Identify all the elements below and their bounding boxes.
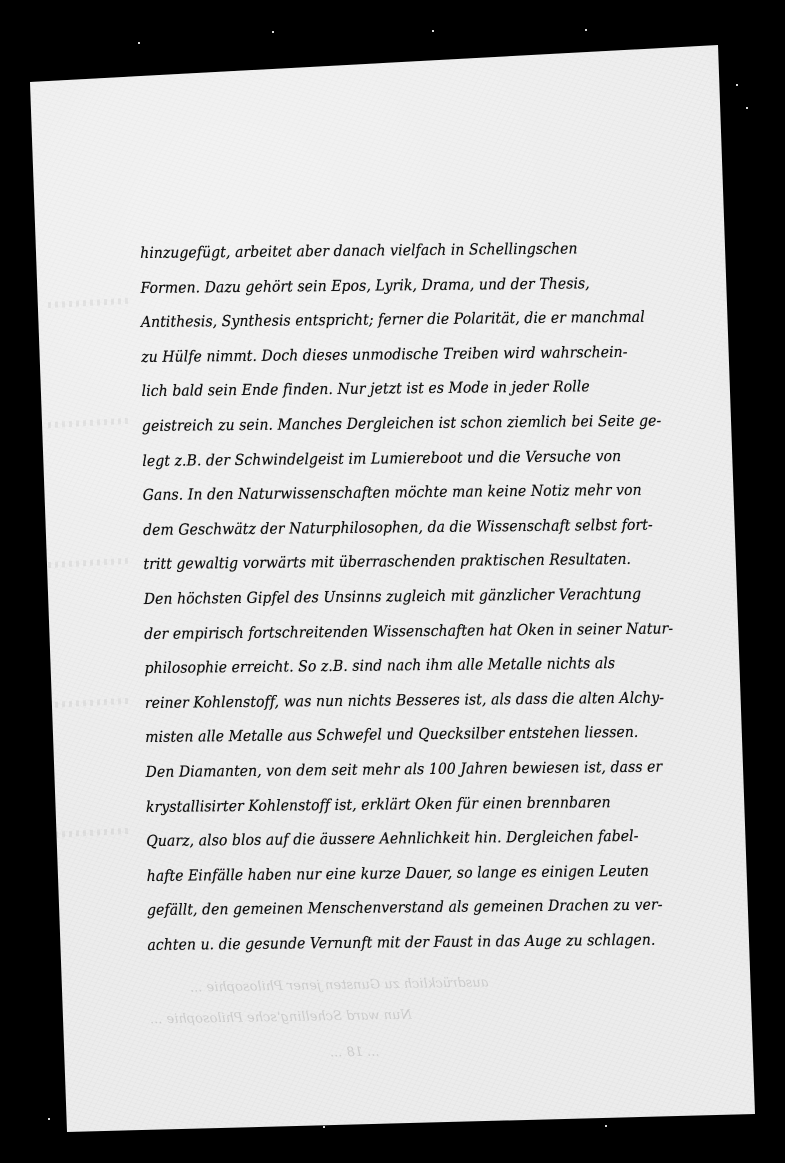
manuscript-line: Den Diamanten, von dem seit mehr als 100… — [145, 749, 688, 789]
bleed-through-text: ausdrücklich zu Gunsten jener Philosophi… — [190, 975, 489, 995]
dust-speck — [323, 1126, 325, 1128]
manuscript-line: Formen. Dazu gehört sein Epos, Lyrik, Dr… — [140, 265, 683, 305]
bleed-through-text: Nun ward Schelling'sche Philosophie ... — [150, 1008, 412, 1028]
manuscript-line: legt z.B. der Schwindelgeist im Lumiereb… — [142, 438, 685, 478]
dust-speck — [605, 1125, 607, 1127]
manuscript-line: der empirisch fortschreitenden Wissensch… — [144, 611, 687, 651]
dust-speck — [432, 30, 434, 32]
manuscript-line: tritt gewaltig vorwärts mit überraschend… — [143, 542, 686, 582]
bleed-through-text: ... 18 ... — [330, 1045, 380, 1061]
bleed-through-mark — [48, 828, 128, 838]
bleed-through-mark — [48, 418, 128, 428]
manuscript-line: Quarz, also blos auf die äussere Aehnlic… — [146, 818, 689, 858]
manuscript-line: hinzugefügt, arbeitet aber danach vielfa… — [140, 230, 683, 270]
manuscript-line: krystallisirter Kohlenstoff ist, erklärt… — [146, 784, 689, 824]
dust-speck — [585, 29, 587, 31]
manuscript-line: zu Hülfe nimmt. Doch dieses unmodische T… — [141, 334, 684, 374]
manuscript-line: reiner Kohlenstoff, was nun nichts Besse… — [145, 680, 688, 720]
bleed-through-mark — [48, 558, 128, 568]
manuscript-line: gefällt, den gemeinen Menschenverstand a… — [147, 888, 690, 928]
handwritten-text-block: hinzugefügt, arbeitet aber danach vielfa… — [140, 230, 738, 963]
manuscript-page: ausdrücklich zu Gunsten jener Philosophi… — [0, 0, 785, 1163]
manuscript-line: hafte Einfälle haben nur eine kurze Daue… — [147, 853, 690, 893]
dust-speck — [272, 31, 274, 33]
dust-speck — [746, 107, 748, 109]
dust-speck — [48, 1118, 50, 1120]
manuscript-line: dem Geschwätz der Naturphilosophen, da d… — [143, 507, 686, 547]
manuscript-line: misten alle Metalle aus Schwefel und Que… — [145, 715, 688, 755]
bleed-through-mark — [48, 298, 128, 308]
manuscript-line: achten u. die gesunde Vernunft mit der F… — [147, 922, 690, 962]
manuscript-line: Den höchsten Gipfel des Unsinns zugleich… — [144, 576, 687, 616]
manuscript-line: philosophie erreicht. So z.B. sind nach … — [144, 645, 687, 685]
dust-speck — [736, 84, 738, 86]
manuscript-line: Gans. In den Naturwissenschaften möchte … — [143, 472, 686, 512]
manuscript-line: geistreich zu sein. Manches Dergleichen … — [142, 403, 685, 443]
manuscript-line: Antithesis, Synthesis entspricht; ferner… — [141, 299, 684, 339]
bleed-through-mark — [48, 698, 128, 708]
dust-speck — [138, 42, 140, 44]
manuscript-line: lich bald sein Ende finden. Nur jetzt is… — [141, 369, 684, 409]
